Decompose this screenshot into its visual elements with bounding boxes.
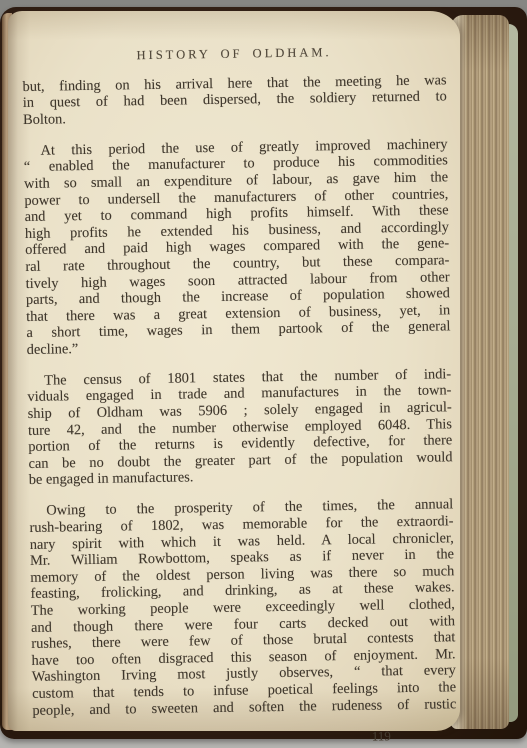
photo-background: HISTORY OF OLDHAM. but, finding on his a…: [0, 0, 527, 748]
book-page: HISTORY OF OLDHAM. but, finding on his a…: [8, 11, 460, 731]
page-number: 119: [33, 727, 457, 748]
running-header: HISTORY OF OLDHAM.: [22, 42, 446, 65]
page-text-block: HISTORY OF OLDHAM. but, finding on his a…: [22, 42, 457, 748]
